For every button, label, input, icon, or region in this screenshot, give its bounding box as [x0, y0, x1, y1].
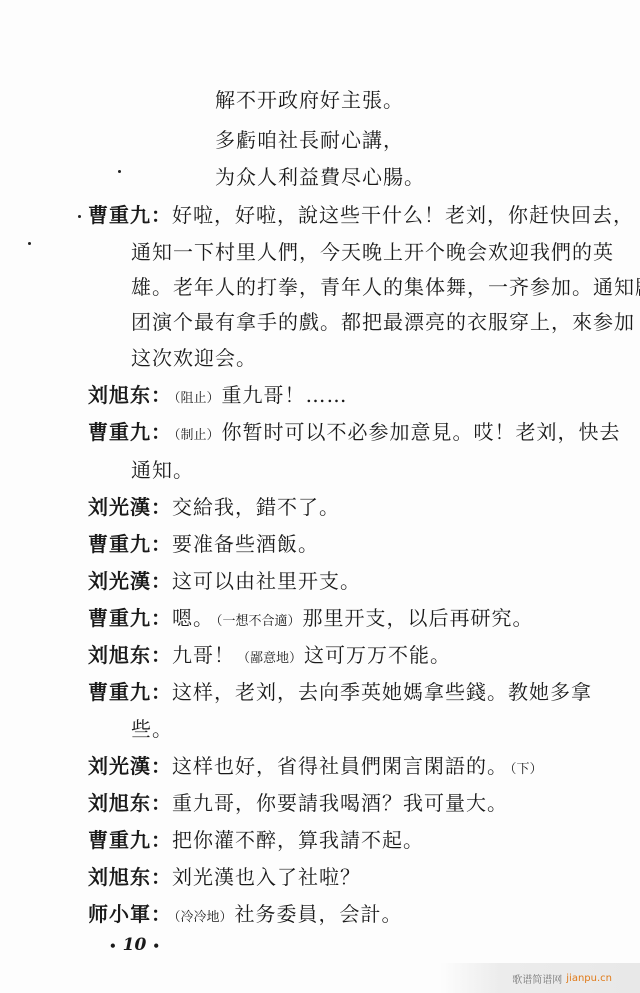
speaker-name: 曹重九：	[88, 420, 172, 444]
speaker-name: 曹重九：	[88, 828, 172, 852]
watermark-text: 歌谱简谱网	[512, 971, 562, 986]
speaker-name: 刘旭东：	[88, 791, 172, 815]
speech-continuation: 雄。老年人的打拳，青年人的集体舞，一齐参加。通知剧	[131, 275, 640, 299]
speech-continuation: 通知。	[131, 458, 194, 482]
watermark: 歌谱简谱网 jianpu.cn	[440, 963, 640, 993]
speaker-name: 师小軍：	[88, 902, 172, 926]
dialogue-line: 曹重九：好啦，好啦，說这些干什么！老刘，你赶快回去，	[88, 203, 634, 227]
speech-continuation: 通知一下村里人們，今天晚上开个晚会欢迎我們的英	[131, 240, 614, 264]
page-number: •10•	[103, 935, 166, 955]
dialogue-line: 曹重九：（制止）你暂时可以不必参加意見。哎！老刘，快去	[88, 420, 621, 448]
stage-direction: （阻止）	[174, 391, 220, 406]
speech-text: 这样也好，省得社員們閑言閑語的。	[172, 754, 508, 778]
speech-text: 那里开支，以后再研究。	[303, 606, 534, 630]
speech-text: 这可万万不能。	[304, 643, 451, 667]
verse-line: 为众人利益費尽心腸。	[215, 165, 425, 189]
dialogue-line: 刘旭东：九哥！（鄙意地）这可万万不能。	[88, 643, 451, 671]
stage-direction: （制止）	[174, 428, 220, 443]
stage-direction: （下）	[510, 762, 543, 777]
speech-text: 这可以由社里开支。	[172, 569, 361, 593]
speech-text: 好啦，好啦，說这些干什么！老刘，你赶快回去，	[172, 203, 634, 227]
dialogue-line: 曹重九：这样，老刘，去向季英她媽拿些錢。教她多拿	[88, 680, 592, 704]
speech-text: 把你灌不醉，算我請不起。	[172, 828, 424, 852]
bullet-icon: •	[109, 939, 117, 953]
speaker-name: 曹重九：	[88, 680, 172, 704]
page-number-value: 10	[123, 935, 147, 955]
dialogue-line: 刘旭东：重九哥，你要請我喝酒？我可量大。	[88, 791, 508, 815]
dialogue-line: 刘光漢：这可以由社里开支。	[88, 569, 361, 593]
scan-speck	[78, 215, 81, 218]
dialogue-line: 师小軍：（冷冷地）社务委員，会計。	[88, 902, 403, 930]
speaker-name: 曹重九：	[88, 606, 172, 630]
scan-speck	[28, 242, 31, 245]
speaker-name: 刘旭东：	[88, 383, 172, 407]
dialogue-line: 刘旭东：（阻止）重九哥！……	[88, 383, 348, 411]
dialogue-line: 曹重九：要准备些酒飯。	[88, 532, 319, 556]
speaker-name: 刘旭东：	[88, 643, 172, 667]
speaker-name: 刘光漢：	[88, 754, 172, 778]
speaker-name: 刘旭东：	[88, 865, 172, 889]
speech-text: 交給我，錯不了。	[172, 495, 340, 519]
speech-text: 重九哥，你要請我喝酒？我可量大。	[172, 791, 508, 815]
speech-continuation: 这次欢迎会。	[131, 346, 257, 370]
speech-text: 刘光漢也入了社啦？	[172, 865, 361, 889]
dialogue-line: 刘光漢：交給我，錯不了。	[88, 495, 340, 519]
speech-text: 社务委員，会計。	[235, 902, 403, 926]
speaker-name: 曹重九：	[88, 532, 172, 556]
dialogue-line: 曹重九：把你灌不醉，算我請不起。	[88, 828, 424, 852]
speaker-name: 刘光漢：	[88, 495, 172, 519]
speech-continuation: 团演个最有拿手的戲。都把最漂亮的衣服穿上，來参加	[131, 310, 635, 334]
speaker-name: 曹重九：	[88, 203, 172, 227]
speech-text: 要准备些酒飯。	[172, 532, 319, 556]
verse-line: 多虧咱社長耐心講，	[215, 128, 404, 152]
watermark-site: jianpu.cn	[566, 973, 612, 984]
dialogue-line: 曹重九：嗯。（一想不合適）那里开支，以后再研究。	[88, 606, 534, 634]
speech-text: 九哥！	[172, 643, 235, 667]
stage-direction: （鄙意地）	[237, 651, 302, 666]
stage-direction: （冷冷地）	[174, 910, 233, 925]
dialogue-line: 刘光漢：这样也好，省得社員們閑言閑語的。（下）	[88, 754, 545, 782]
speech-text: 嗯。	[172, 606, 214, 630]
dialogue-line: 刘旭东：刘光漢也入了社啦？	[88, 865, 361, 889]
speech-text: 重九哥！……	[222, 383, 348, 407]
speaker-name: 刘光漢：	[88, 569, 172, 593]
stage-direction: （一想不合適）	[216, 614, 301, 629]
scan-speck	[118, 170, 121, 173]
speech-text: 这样，老刘，去向季英她媽拿些錢。教她多拿	[172, 680, 592, 704]
speech-text: 你暂时可以不必参加意見。哎！老刘，快去	[222, 420, 621, 444]
bullet-icon: •	[152, 939, 160, 953]
verse-line: 解不开政府好主張。	[215, 88, 404, 112]
scanned-page: 解不开政府好主張。 多虧咱社長耐心講， 为众人利益費尽心腸。 曹重九：好啦，好啦…	[0, 0, 640, 993]
speech-continuation: 些。	[131, 717, 173, 741]
